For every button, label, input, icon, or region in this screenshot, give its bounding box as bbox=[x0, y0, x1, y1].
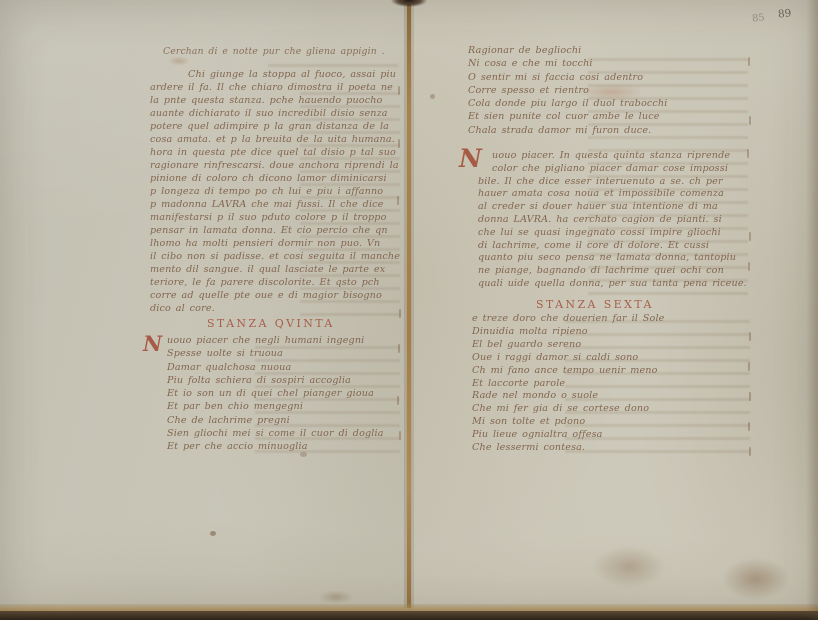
text-line: Cola donde piu largo il duol trabocchi bbox=[468, 97, 718, 110]
text-line: uouo piacer. In questa quinta stanza rip… bbox=[478, 150, 733, 163]
text-line: Ni cosa e che mi tocchi bbox=[468, 57, 718, 70]
margin-bleed-mark bbox=[399, 309, 401, 318]
text-line: che lui se quasi ingegnato cossi impire … bbox=[478, 227, 733, 240]
text-line: Piu folta schiera di sospiri accoglia bbox=[167, 374, 402, 387]
text-line: El bel guardo sereno bbox=[472, 339, 722, 352]
right-verse-top-block: Ragionar de begliochiNi cosa e che mi to… bbox=[468, 44, 718, 137]
margin-bleed-mark bbox=[749, 116, 751, 125]
margin-bleed-mark bbox=[748, 57, 750, 66]
right-commentary-rest: color che pigliano piacer damar cose imp… bbox=[478, 163, 733, 291]
text-line: e treze doro che douerien far il Sole bbox=[472, 313, 722, 326]
left-verse-rest: Spesse uolte si truouaDamar qualchosa nu… bbox=[167, 347, 402, 453]
verse-initial-n-left: N bbox=[143, 331, 162, 356]
text-line: Ragionar de begliochi bbox=[468, 44, 718, 57]
margin-bleed-mark bbox=[749, 447, 751, 456]
text-line: Che de lachrime pregni bbox=[167, 414, 402, 427]
text-line: uouo piacer che negli humani ingegni bbox=[167, 334, 402, 347]
text-line: Sien gliochi mei si come il cuor di dogl… bbox=[167, 427, 402, 440]
text-line: Et per che accio minuoglia bbox=[167, 440, 402, 453]
margin-bleed-mark bbox=[749, 332, 751, 341]
right-verse-bottom-block: e treze doro che douerien far il SoleDin… bbox=[472, 313, 722, 455]
text-line: Et io son un di quei chel pianger gioua bbox=[167, 387, 402, 400]
text-line: O sentir mi si faccia cosi adentro bbox=[468, 71, 718, 84]
text-line: Ch mi fano ance tempo uenir meno bbox=[472, 365, 722, 378]
text-line: il cibo non si padisse. et cosi seguita … bbox=[150, 250, 400, 263]
text-line: Mi son tolte et pdono bbox=[472, 416, 722, 429]
text-line: cosa amata. et p la breuita de la uita h… bbox=[150, 133, 400, 146]
text-line: Et laccorte parole bbox=[472, 378, 722, 391]
text-line: ne piange, bagnando di lachrime quei och… bbox=[478, 265, 733, 278]
text-line: Spesse uolte si truoua bbox=[167, 347, 402, 360]
margin-bleed-mark bbox=[748, 262, 750, 271]
text-line: Piu lieue ognialtra offesa bbox=[472, 429, 722, 442]
margin-bleed-mark bbox=[397, 196, 399, 205]
left-commentary-block: Chi giunge la stoppa al fuoco, assai piu… bbox=[150, 68, 400, 315]
right-edge-shade bbox=[806, 0, 818, 620]
manuscript-photo: Cerchan di e notte pur che gliena appigi… bbox=[0, 0, 818, 620]
text-line: donna LAVRA. ha cerchato cagion de piant… bbox=[478, 214, 733, 227]
page-number-pencil: 85 bbox=[752, 13, 765, 25]
text-line: Corre spesso et rientro bbox=[468, 84, 718, 97]
margin-bleed-mark bbox=[748, 422, 750, 431]
text-line: quali uide quella donna, per sua tanta p… bbox=[478, 278, 733, 291]
text-line: Chi giunge la stoppa al fuoco, assai piu bbox=[150, 68, 400, 81]
text-line: Et par ben chio mengegni bbox=[167, 400, 402, 413]
text-line: hauer amata cosa noua et impossibile com… bbox=[478, 188, 733, 201]
text-line: potere quel adimpire p la gran distanza … bbox=[150, 120, 400, 133]
text-line: dico al core. bbox=[150, 302, 400, 315]
gutter-fold-line bbox=[407, 4, 411, 608]
text-line: mento dil sangue. il qual lasciate le pa… bbox=[150, 263, 400, 276]
text-line: Che lessermi contesa. bbox=[472, 442, 722, 455]
margin-bleed-mark bbox=[748, 362, 750, 371]
text-line: pensar in lamata donna. Et cio percio ch… bbox=[150, 224, 400, 237]
left-verse-block: uouo piacer che negli humani ingegni Spe… bbox=[167, 334, 402, 454]
text-line: auante dichiarato il suo incredibil disi… bbox=[150, 107, 400, 120]
text-line: quanto piu seco pensa ne lamata donna, t… bbox=[478, 252, 733, 265]
margin-bleed-mark bbox=[749, 232, 751, 241]
text-line: ragionare rinfrescarsi. doue anchora rip… bbox=[150, 159, 400, 172]
margin-bleed-mark bbox=[398, 344, 400, 353]
text-line: manifestarsi p il suo pduto colore p il … bbox=[150, 211, 400, 224]
text-line: la pnte questa stanza. pche hauendo puoc… bbox=[150, 94, 400, 107]
text-line: Che mi fer gia di se cortese dono bbox=[472, 403, 722, 416]
page-number-ink: 89 bbox=[777, 7, 792, 20]
margin-bleed-mark bbox=[398, 86, 400, 95]
text-line: Dinuidia molta ripieno bbox=[472, 326, 722, 339]
text-line: pinione di coloro ch dicono lamor dimini… bbox=[150, 172, 400, 185]
margin-bleed-mark bbox=[397, 396, 399, 405]
text-line: p longeza di tempo po ch lui e piu i aff… bbox=[150, 185, 400, 198]
margin-bleed-mark bbox=[747, 149, 749, 158]
text-line: bile. Il che dice esser interuenuto a se… bbox=[478, 176, 733, 189]
rubric-stanza-quinta: STANZA QVINTA bbox=[207, 317, 335, 330]
text-line: ardere il fa. Il che chiaro dimostra il … bbox=[150, 81, 400, 94]
text-line: Damar qualchosa nuoua bbox=[167, 361, 402, 374]
text-line: Rade nel mondo o suole bbox=[472, 390, 722, 403]
rubric-stanza-sexta: STANZA SEXTA bbox=[536, 298, 654, 311]
text-line: Oue i raggi damor si caldi sono bbox=[472, 352, 722, 365]
bottom-dark-edge bbox=[0, 611, 818, 620]
text-line: corre ad quelle pte oue e di magior biso… bbox=[150, 289, 400, 302]
text-line: color che pigliano piacer damar cose imp… bbox=[478, 163, 733, 176]
catchword-line: Cerchan di e notte pur che gliena appigi… bbox=[163, 46, 385, 57]
margin-bleed-mark bbox=[749, 392, 751, 401]
text-line: p madonna LAVRA che mai fussi. Il che di… bbox=[150, 198, 400, 211]
text-line: lhomo ha molti pensieri dormir non puo. … bbox=[150, 237, 400, 250]
text-line: di lachrime, come il core di dolore. Et … bbox=[478, 240, 733, 253]
text-line: Chala strada damor mi furon duce. bbox=[468, 124, 718, 137]
margin-bleed-mark bbox=[399, 431, 401, 440]
text-line: hora in questa pte dice quel tal disio p… bbox=[150, 146, 400, 159]
text-line: al creder si douer hauer sua intentione … bbox=[478, 201, 733, 214]
margin-bleed-mark bbox=[398, 139, 400, 148]
right-commentary-block: uouo piacer. In questa quinta stanza rip… bbox=[478, 150, 733, 291]
text-line: teriore, le fa parere discolorite. Et qs… bbox=[150, 276, 400, 289]
text-line: Et sien punite col cuor ambe le luce bbox=[468, 110, 718, 123]
